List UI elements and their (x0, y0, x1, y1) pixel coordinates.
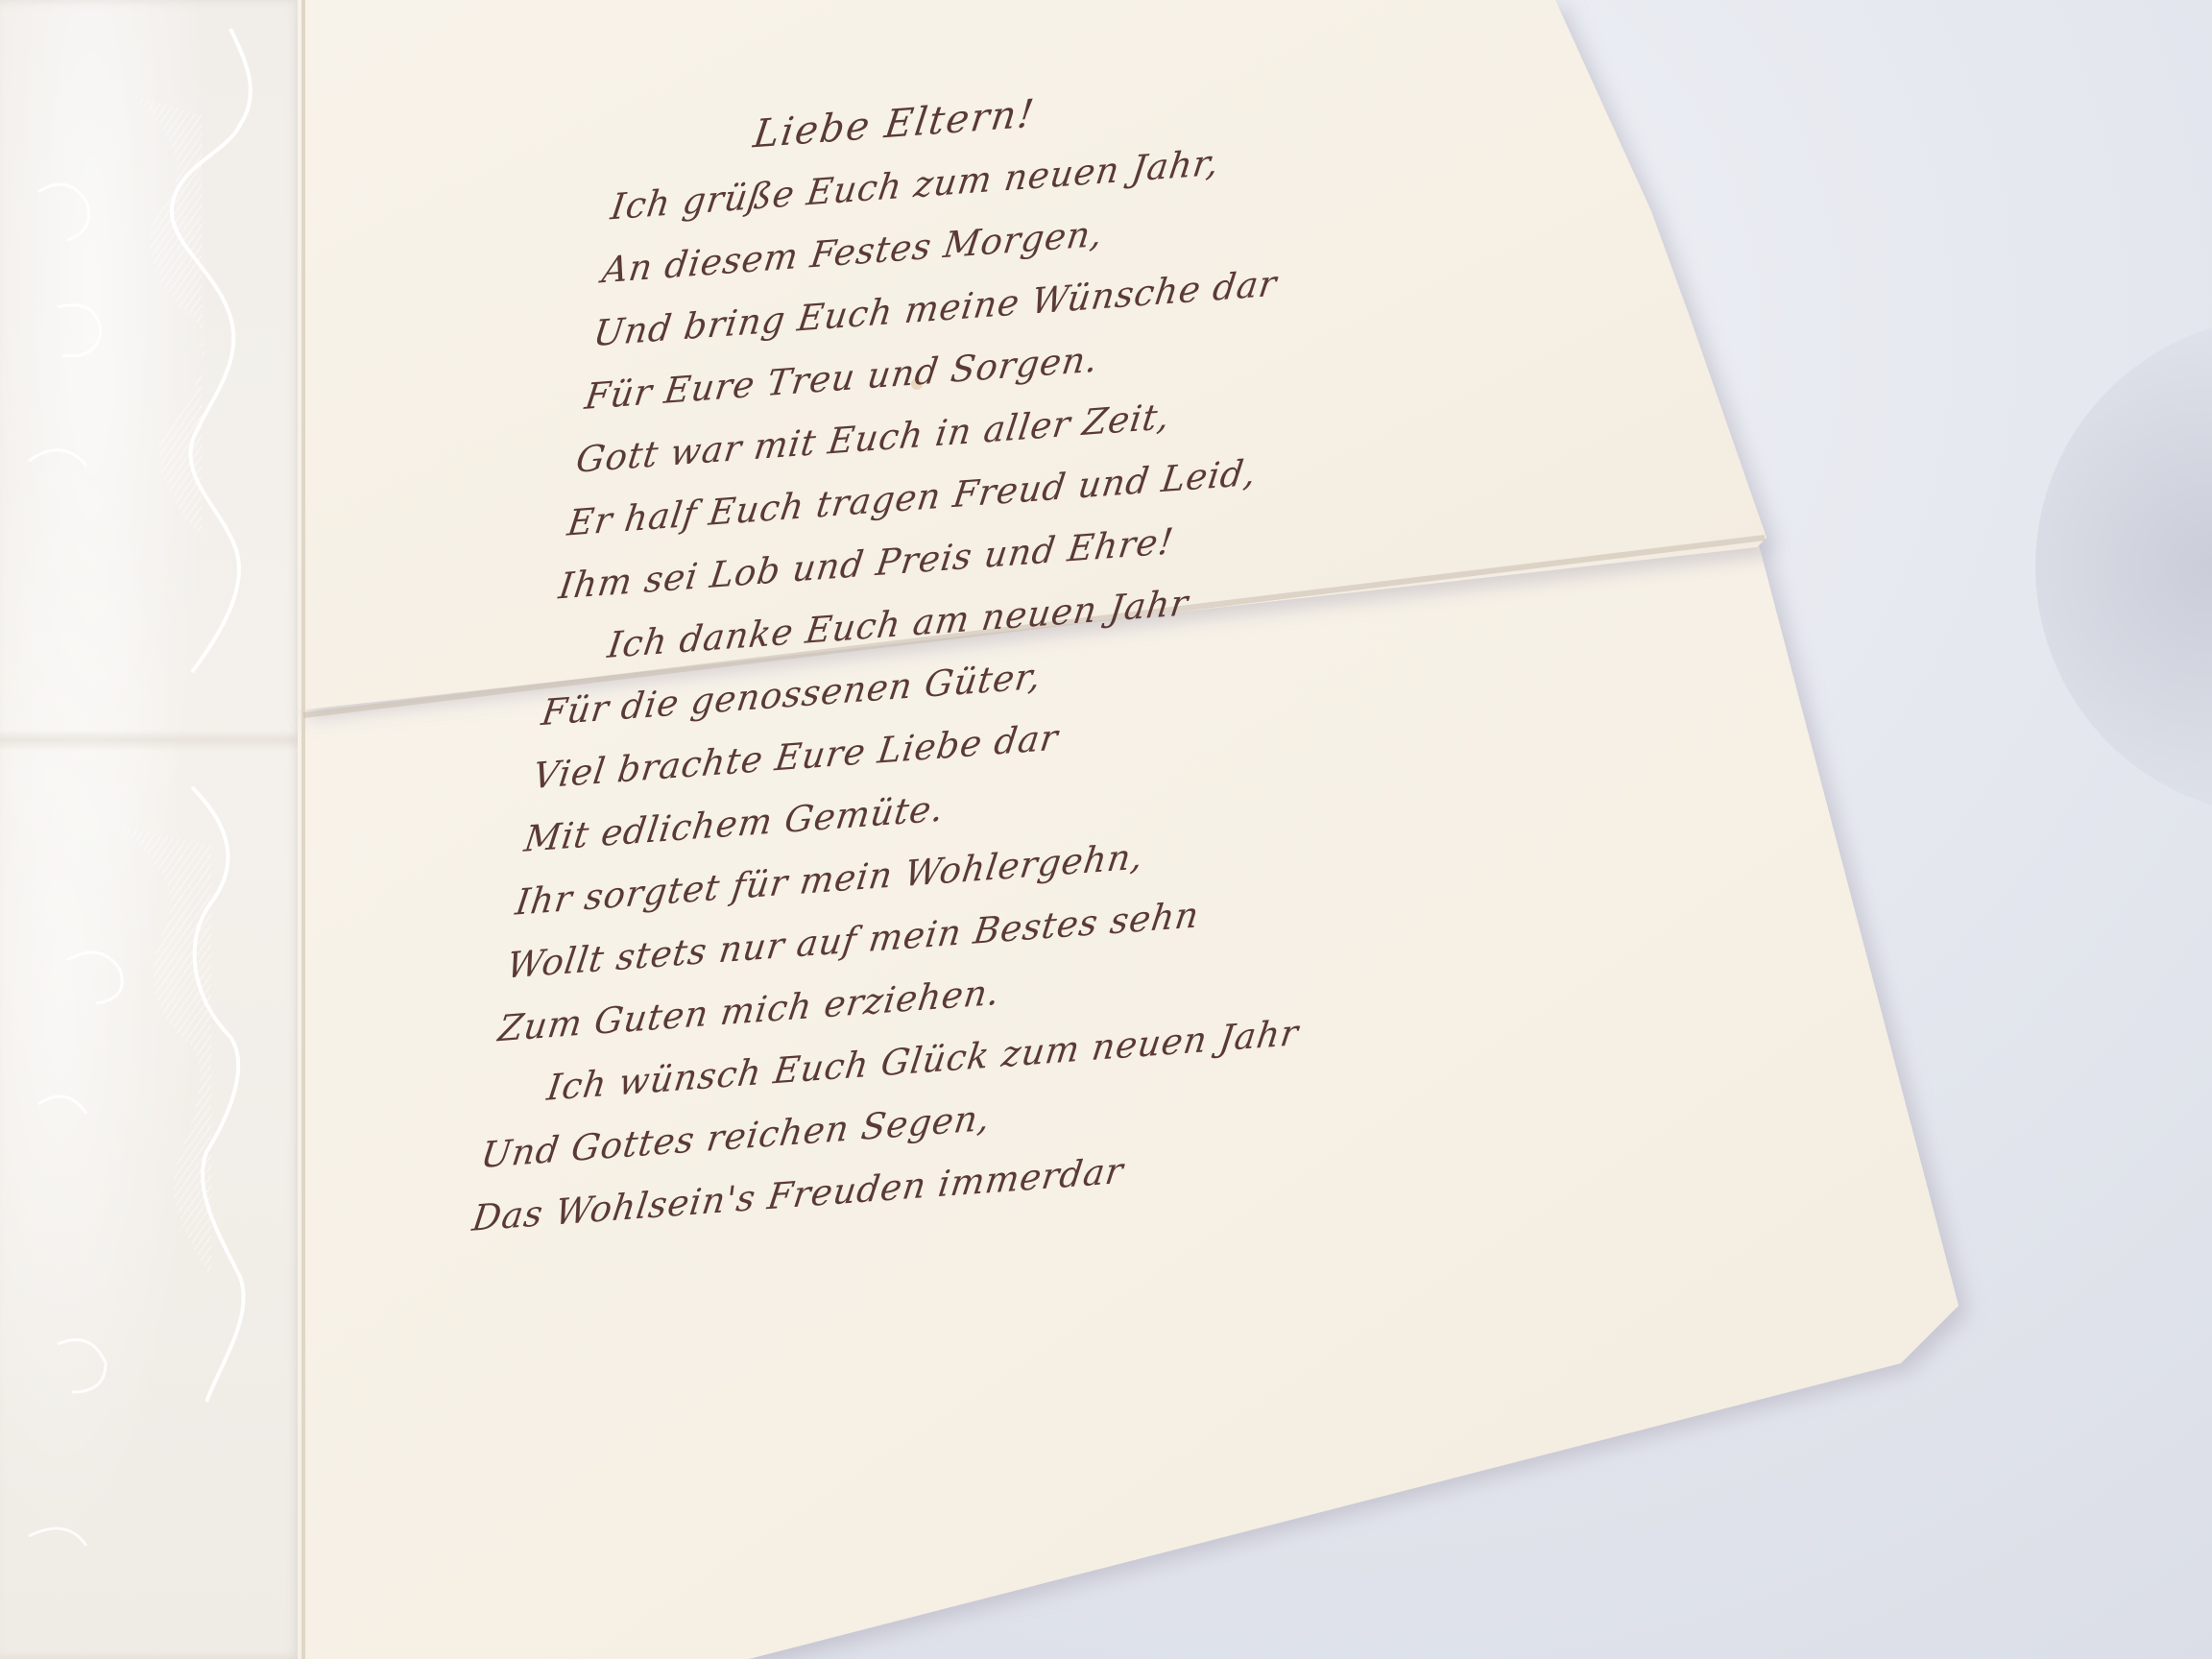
letter-sheet: Liebe Eltern! Ich grüße Euch zum neuen J… (0, 0, 2212, 1659)
handwritten-poem: Liebe Eltern! Ich grüße Euch zum neuen J… (469, 22, 1869, 1250)
